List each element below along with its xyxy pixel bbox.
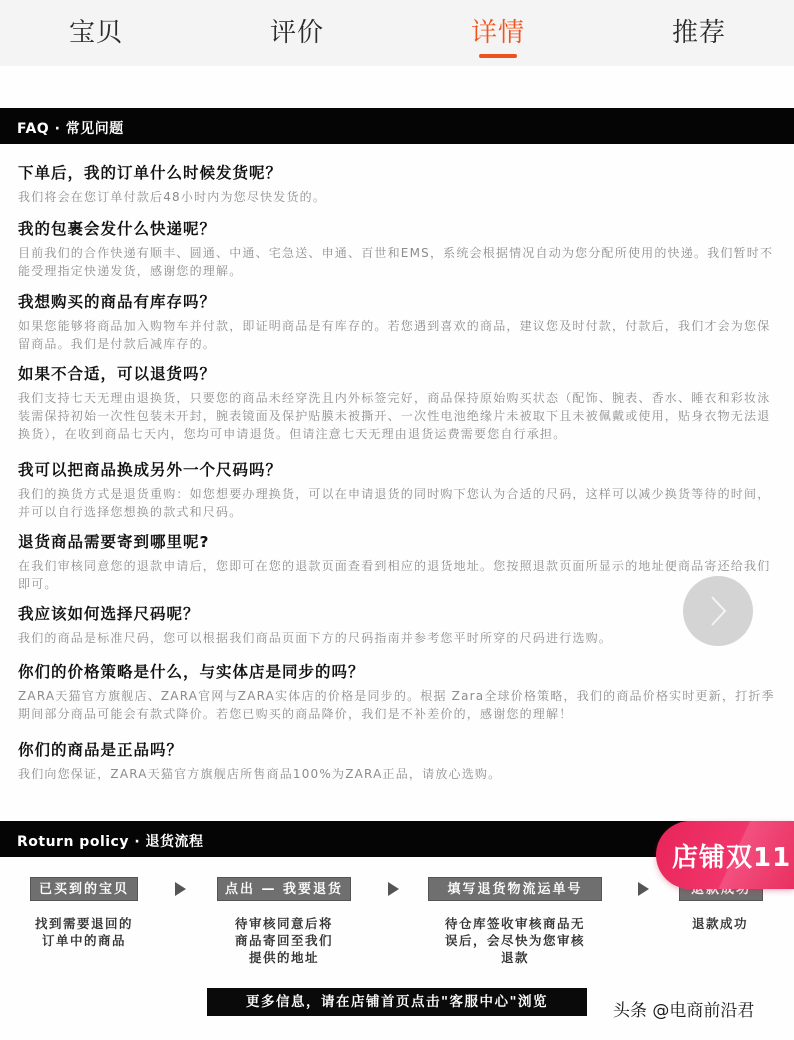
faq-answer: 我们的换货方式是退货重购：如您想要办理换货，可以在申请退货的同时购下您认为合适的… xyxy=(18,485,778,521)
faq-item: 如果不合适，可以退货吗？ 我们支持七天无理由退换货，只要您的商品未经穿洗且内外标… xyxy=(18,364,778,443)
faq-question: 下单后，我的订单什么时候发货呢？ xyxy=(18,163,778,183)
more-info-banner: 更多信息，请在店铺首页点击"客服中心"浏览 xyxy=(207,988,587,1016)
active-tab-indicator xyxy=(479,54,517,58)
step-desc-line: 误后，会尽快为您审核 xyxy=(425,932,605,949)
tab-reviews[interactable]: 评价 xyxy=(237,12,357,49)
step-description: 找到需要退回的 订单中的商品 xyxy=(24,915,144,949)
faq-question: 我可以把商品换成另外一个尺码吗？ xyxy=(18,460,778,480)
faq-item: 我的包裹会发什么快递呢？ 目前我们的合作快递有顺丰、圆通、中通、宅急送、申通、百… xyxy=(18,219,778,280)
double-11-promo-badge[interactable]: 店铺双11 xyxy=(656,821,794,889)
faq-question: 如果不合适，可以退货吗？ xyxy=(18,364,778,384)
faq-answer: ZARA天猫官方旗舰店、ZARA官网与ZARA实体店的价格是同步的。根据 Zar… xyxy=(18,687,778,723)
step-label: 填写退货物流运单号 xyxy=(428,877,602,901)
faq-item: 我想购买的商品有库存吗？ 如果您能够将商品加入购物车并付款，即证明商品是有库存的… xyxy=(18,292,778,353)
faq-title: FAQ · 常见问题 xyxy=(17,118,124,138)
faq-item: 你们的商品是正品吗？ 我们向您保证，ZARA天猫官方旗舰店所售商品100%为ZA… xyxy=(18,740,778,783)
step-label: 点出 — 我要退货 xyxy=(217,877,351,901)
arrow-right-icon xyxy=(638,882,649,896)
step-description: 待审核同意后将 商品寄回至我们 提供的地址 xyxy=(214,915,354,966)
tab-recommend[interactable]: 推荐 xyxy=(639,12,759,49)
step-desc-line: 找到需要退回的 xyxy=(24,915,144,932)
faq-answer: 我们将会在您订单付款后48小时内为您尽快发货的。 xyxy=(18,188,778,206)
faq-header: FAQ · 常见问题 xyxy=(0,108,794,144)
step-desc-line: 待仓库签收审核商品无 xyxy=(425,915,605,932)
faq-question: 你们的商品是正品吗？ xyxy=(18,740,778,760)
faq-question: 我想购买的商品有库存吗？ xyxy=(18,292,778,312)
faq-item: 我应该如何选择尺码呢？ 我们的商品是标准尺码，您可以根据我们商品页面下方的尺码指… xyxy=(18,604,778,647)
faq-question: 我应该如何选择尺码呢？ xyxy=(18,604,778,624)
watermark: 头条 @电商前沿君 xyxy=(613,996,754,1021)
step-desc-line: 退款 xyxy=(425,949,605,966)
arrow-right-icon xyxy=(175,882,186,896)
faq-item: 我可以把商品换成另外一个尺码吗？ 我们的换货方式是退货重购：如您想要办理换货，可… xyxy=(18,460,778,521)
faq-item: 退货商品需要寄到哪里呢? 在我们审核同意您的退款申请后，您即可在您的退款页面查看… xyxy=(18,532,778,593)
step-desc-line: 提供的地址 xyxy=(214,949,354,966)
return-policy-title: Roturn policy · 退货流程 xyxy=(17,831,204,851)
faq-question: 我的包裹会发什么快递呢？ xyxy=(18,219,778,239)
tab-details[interactable]: 详情 xyxy=(438,12,558,49)
next-image-button[interactable] xyxy=(683,576,753,646)
faq-answer: 在我们审核同意您的退款申请后，您即可在您的退款页面查看到相应的退货地址。您按照退… xyxy=(18,557,778,593)
faq-item: 你们的价格策略是什么，与实体店是同步的吗？ ZARA天猫官方旗舰店、ZARA官网… xyxy=(18,662,778,723)
step-description: 退款成功 xyxy=(670,915,770,932)
faq-item: 下单后，我的订单什么时候发货呢？ 我们将会在您订单付款后48小时内为您尽快发货的… xyxy=(18,163,778,206)
step-desc-line: 订单中的商品 xyxy=(24,932,144,949)
faq-answer: 我们向您保证，ZARA天猫官方旗舰店所售商品100%为ZARA正品，请放心选购。 xyxy=(18,765,778,783)
faq-question: 你们的价格策略是什么，与实体店是同步的吗？ xyxy=(18,662,778,682)
tab-bar: 宝贝 评价 详情 推荐 xyxy=(0,0,794,66)
faq-question: 退货商品需要寄到哪里呢? xyxy=(18,532,778,552)
faq-answer: 我们的商品是标准尺码，您可以根据我们商品页面下方的尺码指南并参考您平时所穿的尺码… xyxy=(18,629,778,647)
step-desc-line: 待审核同意后将 xyxy=(214,915,354,932)
faq-answer: 我们支持七天无理由退换货，只要您的商品未经穿洗且内外标签完好，商品保持原始购买状… xyxy=(18,389,778,443)
step-label: 已买到的宝贝 xyxy=(30,877,138,901)
step-desc-line: 商品寄回至我们 xyxy=(214,932,354,949)
step-desc-line: 退款成功 xyxy=(670,915,770,932)
faq-answer: 如果您能够将商品加入购物车并付款，即证明商品是有库存的。若您遇到喜欢的商品，建议… xyxy=(18,317,778,353)
faq-answer: 目前我们的合作快递有顺丰、圆通、中通、宅急送、申通、百世和EMS，系统会根据情况… xyxy=(18,244,778,280)
step-description: 待仓库签收审核商品无 误后，会尽快为您审核 退款 xyxy=(425,915,605,966)
chevron-right-icon xyxy=(706,594,730,628)
arrow-right-icon xyxy=(388,882,399,896)
tab-item[interactable]: 宝贝 xyxy=(36,12,156,49)
